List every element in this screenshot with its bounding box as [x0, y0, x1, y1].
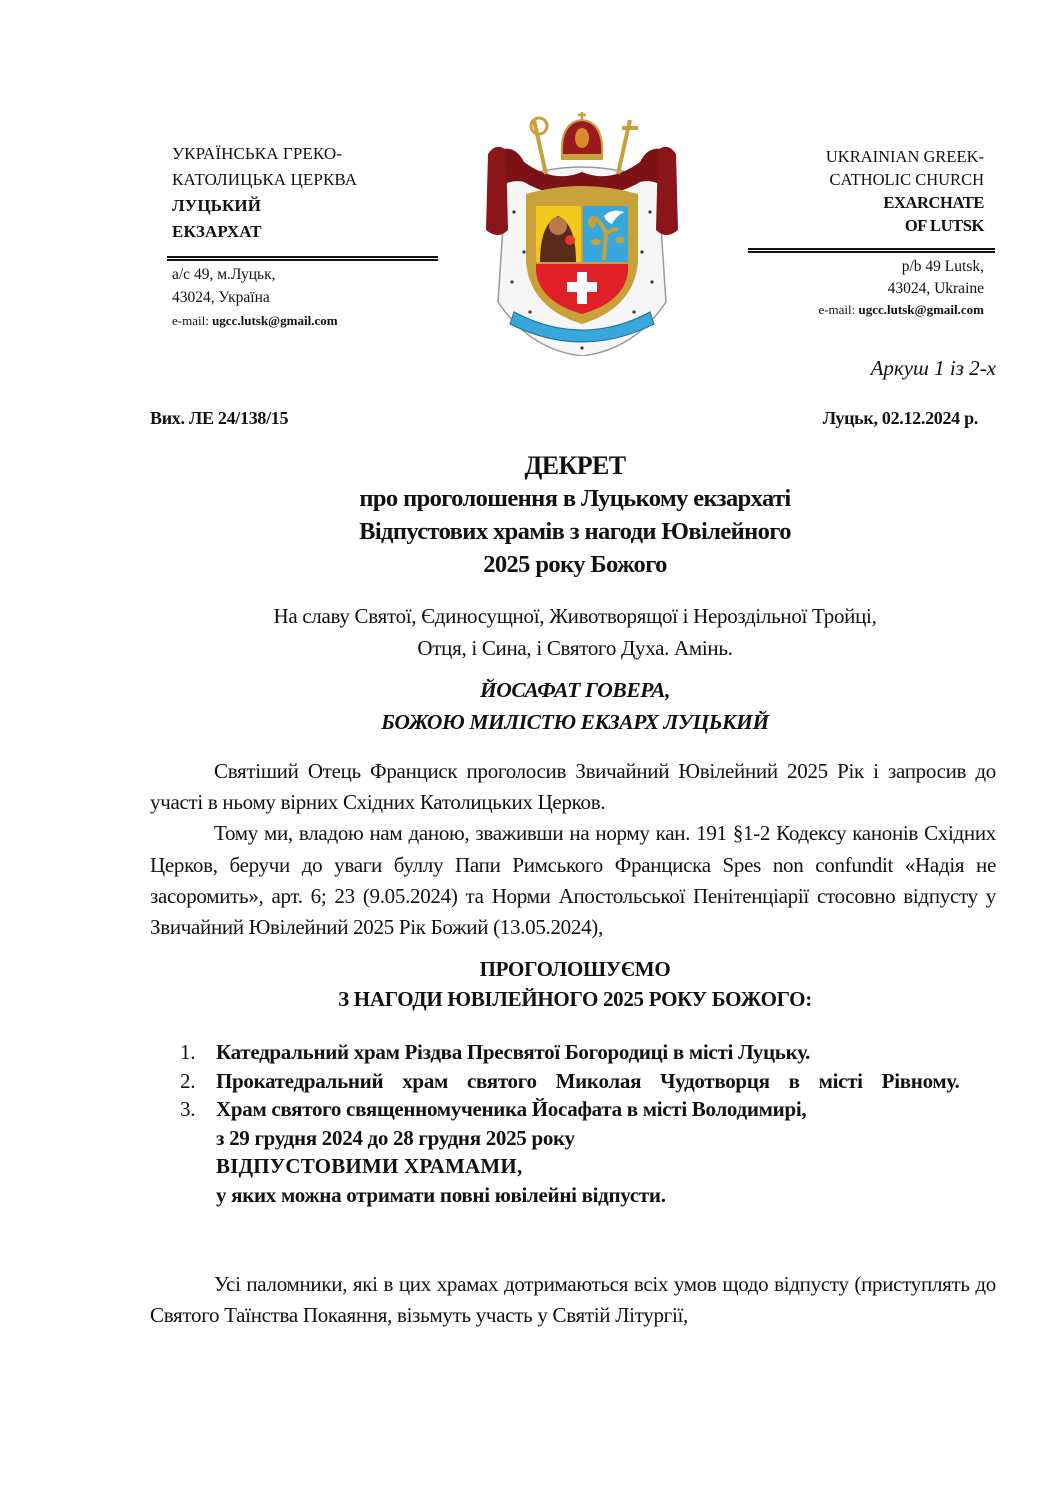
email-row: e-mail: ugcc.lutsk@gmail.com — [172, 309, 338, 332]
letterhead-left-address: а/с 49, м.Луцьк, 43024, Україна e-mail: … — [172, 263, 338, 332]
address-line2: 43024, Ukraine — [818, 278, 984, 300]
churches-list: 1. Катедральний храм Різдва Пресвятої Бо… — [180, 1038, 996, 1209]
email-row: e-mail: ugcc.lutsk@gmail.com — [818, 299, 984, 321]
list-number: 3. — [180, 1095, 216, 1124]
body-paragraph-1: Святіший Отець Франциск проголосив Звича… — [150, 756, 996, 818]
letterhead-right-line2: CATHOLIC CHURCH — [724, 168, 984, 191]
decree-title: ДЕКРЕТ про проголошення в Луцькому екзар… — [0, 449, 1058, 581]
address-line2: 43024, Україна — [172, 286, 338, 309]
closing-text: Усі паломники, які в цих храмах дотримаю… — [150, 1269, 996, 1331]
letterhead-right-address: p/b 49 Lutsk, 43024, Ukraine e-mail: ugc… — [818, 256, 984, 321]
address-line1: а/с 49, м.Луцьк, — [172, 263, 338, 286]
decree-body: Святіший Отець Франциск проголосив Звича… — [150, 756, 996, 943]
letterhead-right: UKRAINIAN GREEK- CATHOLIC CHURCH EXARCHA… — [724, 145, 984, 237]
reference-number: Вих. ЛЕ 24/138/15 — [150, 408, 288, 429]
place-date: Луцьк, 02.12.2024 р. — [823, 408, 978, 429]
email-label: e-mail: — [172, 313, 212, 328]
list-text: Храм святого священномученика Йосафата в… — [216, 1095, 996, 1124]
letterhead-right-line4: OF LUTSK — [724, 214, 984, 237]
email-link[interactable]: ugcc.lutsk@gmail.com — [212, 313, 337, 328]
proclamation: ПРОГОЛОШУЄМО З НАГОДИ ЮВІЛЕЙНОГО 2025 РО… — [0, 954, 1058, 1014]
letterhead-left: УКРАЇНСЬКА ГРЕКО- КАТОЛИЦЬКА ЦЕРКВА ЛУЦЬ… — [172, 141, 442, 245]
sheet-number: Аркуш 1 із 2-х — [871, 356, 996, 381]
letterhead-left-line1: УКРАЇНСЬКА ГРЕКО- — [172, 141, 442, 167]
title-line4: 2025 року Божого — [0, 548, 1058, 581]
signatory-title: БОЖОЮ МИЛІСТЮ ЕКЗАРХ ЛУЦЬКИЙ — [0, 706, 1058, 738]
closing-paragraph: Усі паломники, які в цих храмах дотримаю… — [150, 1269, 996, 1331]
letterhead-right-line1: UKRAINIAN GREEK- — [724, 145, 984, 168]
proclamation-line2: З НАГОДИ ЮВІЛЕЙНОГО 2025 РОКУ БОЖОГО: — [0, 984, 1058, 1014]
letterhead-right-line3: EXARCHATE — [724, 191, 984, 214]
invocation: На славу Святої, Єдиносущної, Животворящ… — [0, 600, 1058, 664]
letterhead-right-divider — [748, 248, 995, 253]
list-item: 3. Храм святого священномученика Йосафат… — [180, 1095, 996, 1124]
designation: ВІДПУСТОВИМИ ХРАМАМИ, — [216, 1152, 996, 1181]
email-label: e-mail: — [818, 302, 858, 317]
list-item: 2. Прокатедральний храм святого Миколая … — [180, 1067, 996, 1096]
invocation-line2: Отця, і Сина, і Святого Духа. Амінь. — [0, 632, 1058, 664]
letterhead-left-line3: ЛУЦЬКИЙ — [172, 193, 442, 219]
title-line1: ДЕКРЕТ — [0, 449, 1058, 482]
invocation-line1: На славу Святої, Єдиносущної, Животворящ… — [0, 600, 1058, 632]
letterhead-left-line2: КАТОЛИЦЬКА ЦЕРКВА — [172, 167, 442, 193]
list-number: 2. — [180, 1067, 216, 1096]
address-line1: p/b 49 Lutsk, — [818, 256, 984, 278]
title-line2: про проголошення в Луцькому екзархаті — [0, 482, 1058, 515]
proclamation-line1: ПРОГОЛОШУЄМО — [0, 954, 1058, 984]
coat-of-arms-icon — [484, 112, 680, 356]
signatory: ЙОСАФАТ ГОВЕРА, БОЖОЮ МИЛІСТЮ ЕКЗАРХ ЛУЦ… — [0, 674, 1058, 738]
list-number: 1. — [180, 1038, 216, 1067]
list-text: Катедральний храм Різдва Пресвятої Богор… — [216, 1038, 996, 1067]
list-item: 1. Катедральний храм Різдва Пресвятої Бо… — [180, 1038, 996, 1067]
indulgence-note: у яких можна отримати повні ювілейні від… — [216, 1181, 996, 1210]
signatory-name: ЙОСАФАТ ГОВЕРА, — [0, 674, 1058, 706]
email-link[interactable]: ugcc.lutsk@gmail.com — [859, 302, 984, 317]
letterhead-left-line4: ЕКЗАРХАТ — [172, 219, 442, 245]
body-paragraph-2: Тому ми, владою нам даною, зваживши на н… — [150, 818, 996, 943]
title-line3: Відпустових храмів з нагоди Ювілейного — [0, 515, 1058, 548]
letterhead-left-divider — [167, 256, 438, 261]
period: з 29 грудня 2024 до 28 грудня 2025 року — [216, 1124, 996, 1153]
list-text: Прокатедральний храм святого Миколая Чуд… — [216, 1067, 996, 1096]
